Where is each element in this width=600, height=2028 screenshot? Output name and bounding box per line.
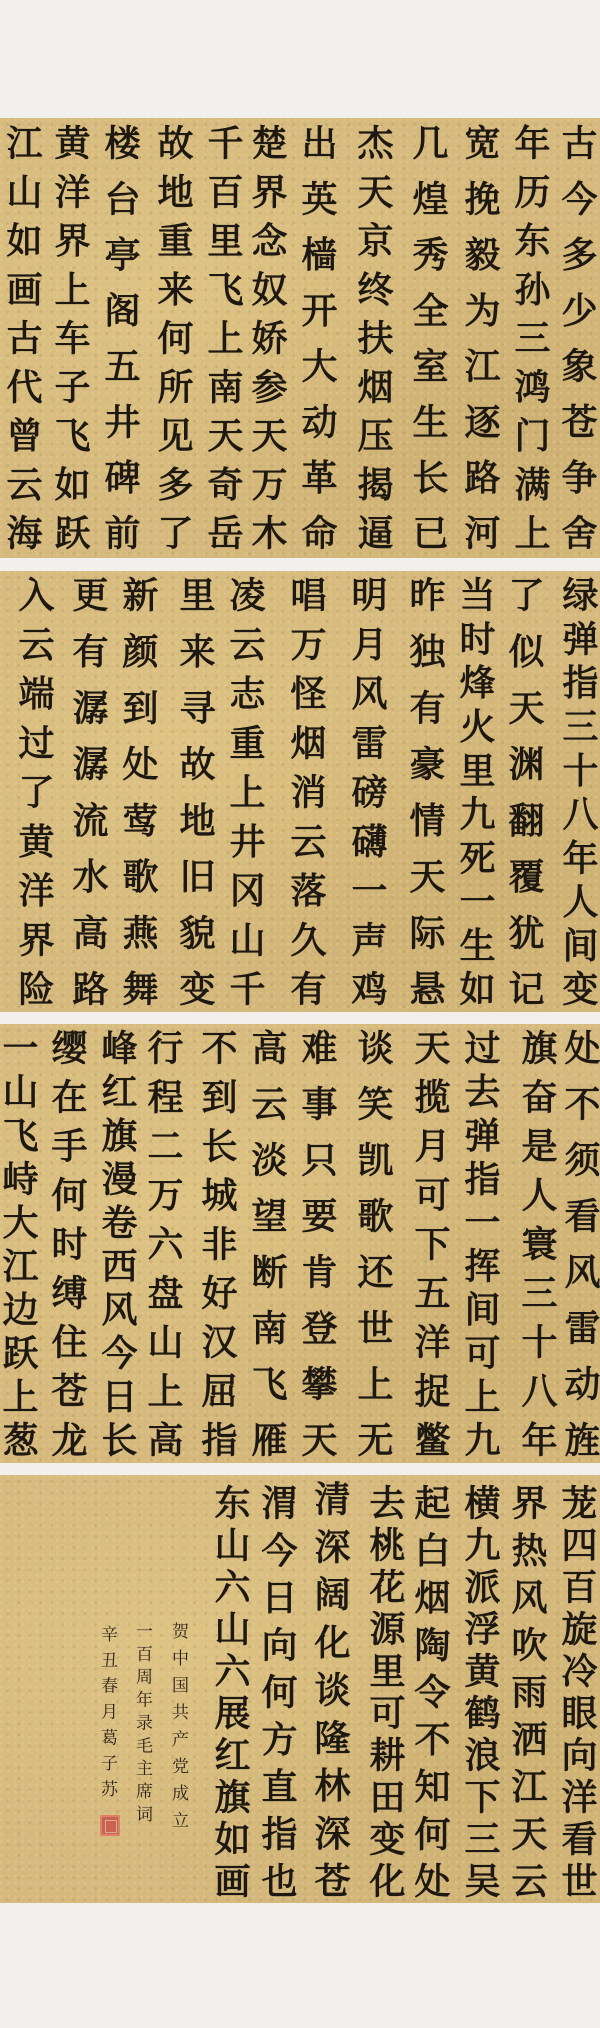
text-column: 绿弹指三十八年人间变	[554, 576, 600, 1006]
text-column: 古今多少象苍争舍	[553, 124, 600, 550]
text-column: 了似天渊翻覆犹记	[500, 576, 548, 1006]
text-column: 当时烽火里九死一生如	[451, 576, 499, 1006]
inscription-column: 一百周年录毛主席词	[131, 1622, 153, 1822]
text-column: 清深阔化谈隆林深苍	[306, 1480, 354, 1898]
text-column: 去桃花源里可耕田变化	[361, 1484, 409, 1898]
text-column: 楚界念奴娇参天万木	[243, 124, 291, 550]
text-column: 谈笑凯歌还世上无	[349, 1029, 397, 1457]
text-column: 行程二万六盘山上高	[139, 1029, 187, 1457]
text-column: 出英樯开大动革命	[293, 124, 341, 550]
inscription-column: 辛丑春月葛子苏	[96, 1625, 118, 1797]
text-column: 旗奋是人寰三十八年	[513, 1029, 561, 1457]
text-column: 杰天京终扶烟压揭逼	[349, 124, 397, 550]
text-column: 界热风吹雨洒江天云	[503, 1484, 551, 1898]
text-column: 不到长城非好汉屈指	[193, 1029, 241, 1457]
inscription-column: 贺中国共产党成立	[167, 1622, 189, 1828]
text-column: 难事只要肯登攀天	[293, 1029, 341, 1457]
text-column: 渭今日向何方直指也	[253, 1484, 301, 1898]
text-column: 起白烟陶令不知何处	[406, 1484, 454, 1898]
calligraphy-panel-4: 茏四百旋冷眼向洋看世 界热风吹雨洒江天云 横九派浮黄鹤浪下三吴 起白烟陶令不知何…	[0, 1475, 600, 1903]
text-column: 宽挽毅为江逐路河	[456, 124, 504, 550]
text-column: 明月风雷磅礴一声鸡	[343, 576, 391, 1006]
red-seal-stamp-icon	[100, 1815, 120, 1836]
text-column: 缨在手何时缚住苍龙	[43, 1029, 91, 1457]
text-column: 更有潺潺流水高路	[64, 576, 112, 1006]
text-column: 天揽月可下五洋捉鳖	[406, 1029, 454, 1457]
text-column: 新颜到处莺歌燕舞	[114, 576, 162, 1006]
text-column: 江山如画古代曾云海	[0, 124, 46, 550]
text-column: 茏四百旋冷眼向洋看世	[553, 1484, 600, 1898]
text-column: 千百里飞上南天奇岳	[199, 124, 247, 550]
text-column: 横九派浮黄鹤浪下三吴	[456, 1484, 504, 1898]
text-column: 里来寻故地旧貌变	[171, 576, 219, 1006]
text-column: 昨独有豪情天际悬	[401, 576, 449, 1006]
text-column: 凌云志重上井冈山千	[221, 576, 269, 1006]
text-column: 唱万怪烟消云落久有	[282, 576, 330, 1006]
text-column: 东山六山六展红旗如画	[206, 1484, 254, 1898]
text-column: 入云端过了黄洋界险	[10, 576, 58, 1006]
text-column: 年历东孙三鸿门满上	[506, 124, 554, 550]
text-column: 处不须看风雷动旌	[556, 1029, 600, 1457]
calligraphy-panel-2: 绿弹指三十八年人间变 了似天渊翻覆犹记 当时烽火里九死一生如 昨独有豪情天际悬 …	[0, 571, 600, 1012]
text-column: 一山飞峙大江边跃上葱	[0, 1029, 42, 1457]
text-column: 峰红旗漫卷西风今日长	[93, 1029, 141, 1457]
calligraphy-panel-3: 处不须看风雷动旌 旗奋是人寰三十八年 过去弹指一挥间可上九 天揽月可下五洋捉鳖 …	[0, 1024, 600, 1463]
calligraphy-panel-1: 古今多少象苍争舍 年历东孙三鸿门满上 宽挽毅为江逐路河 几煌秀全室生长已 杰天京…	[0, 118, 600, 558]
text-column: 过去弹指一挥间可上九	[456, 1029, 504, 1457]
text-column: 黄洋界上车子飞如跃	[46, 124, 94, 550]
text-column: 高云淡望断南飞雁	[243, 1029, 291, 1457]
text-column: 楼台亭阁五井碑前	[96, 124, 144, 550]
text-column: 故地重来何所见多了	[149, 124, 197, 550]
text-column: 几煌秀全室生长已	[404, 124, 452, 550]
